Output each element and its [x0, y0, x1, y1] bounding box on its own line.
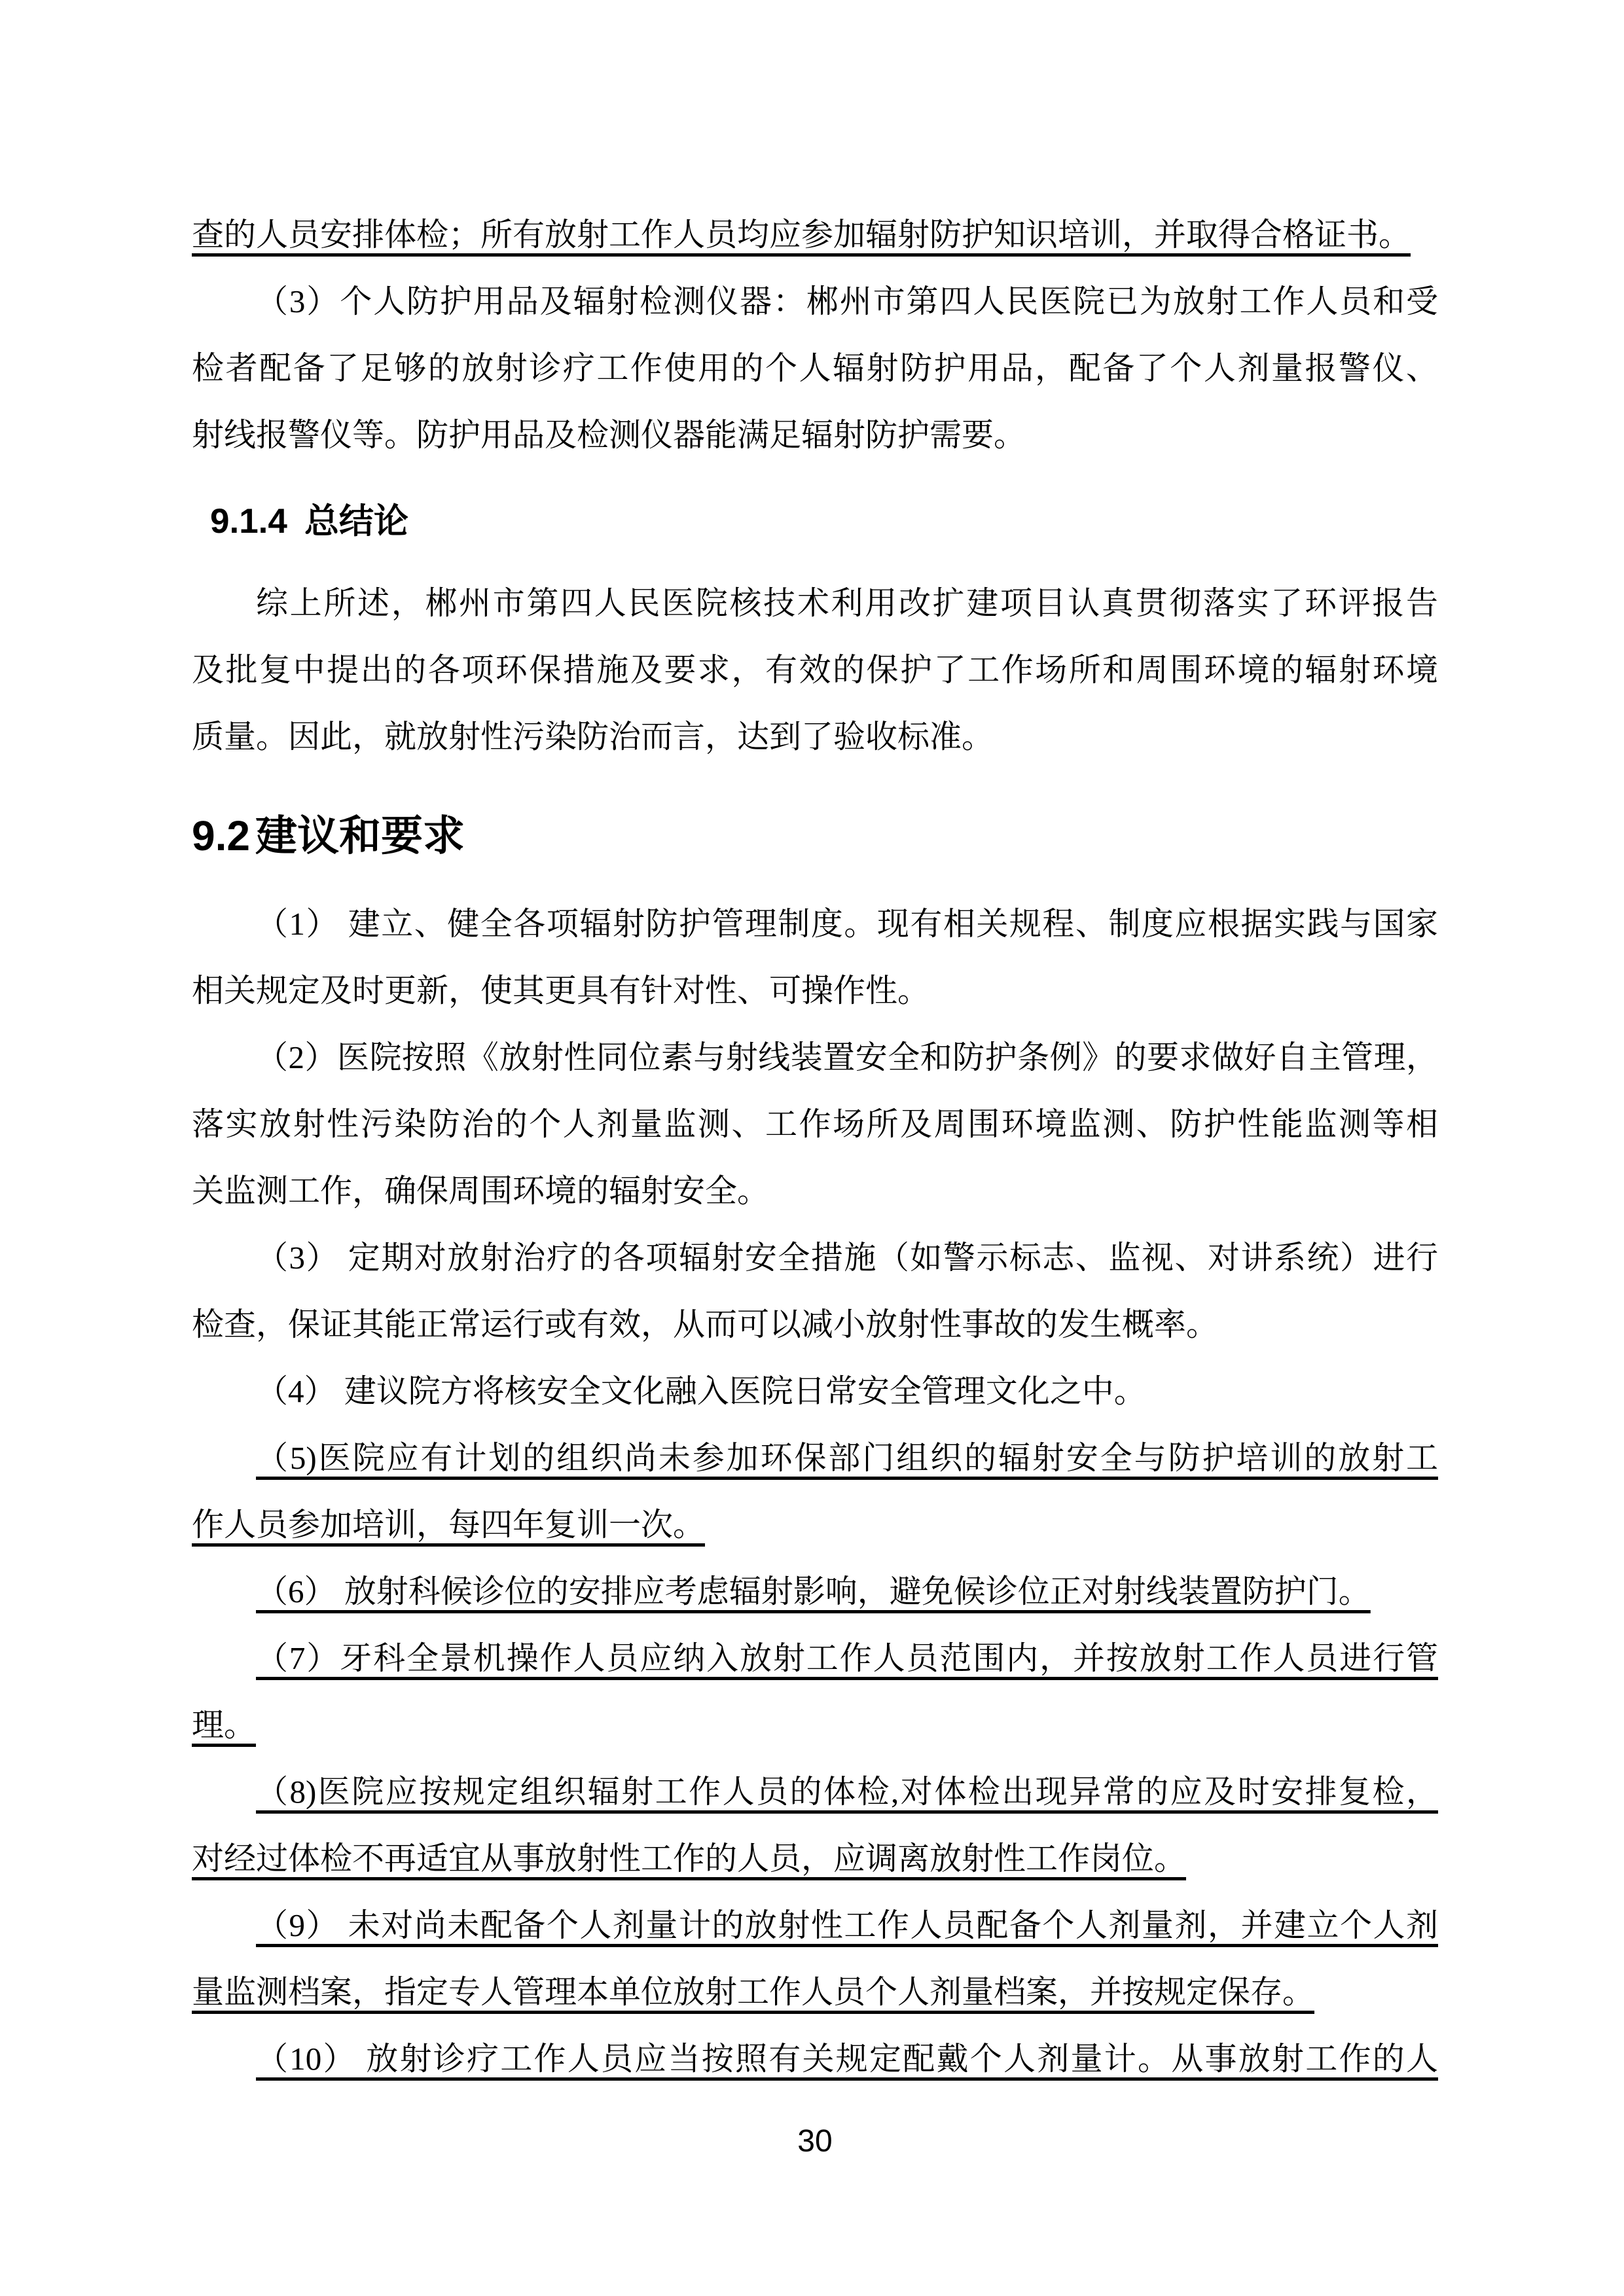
section-title: 建议和要求 — [255, 812, 465, 859]
paragraph-suggestion-8: （8)医院应按规定组织辐射工作人员的体检,对体检出现异常的应及时安排复检， 对经… — [192, 1759, 1438, 1892]
text-line: （6） 放射科候诊位的安排应考虑辐射影响，避免候诊位正对射线装置防护门。 — [192, 1558, 1438, 1625]
text-line: 射线报警仪等。防护用品及检测仪器能满足辐射防护需要。 — [192, 402, 1438, 469]
paragraph-conclusion: 综上所述，郴州市第四人民医院核技术利用改扩建项目认真贯彻落实了环评报告 及批复中… — [192, 570, 1438, 770]
section-heading-914: 9.1.4总结论 — [192, 501, 1438, 542]
paragraph-suggestion-4: （4） 建议院方将核安全文化融入医院日常安全管理文化之中。 — [192, 1358, 1438, 1425]
text-line: 相关规定及时更新，使其更具有针对性、可操作性。 — [192, 958, 1438, 1024]
text-line: 综上所述，郴州市第四人民医院核技术利用改扩建项目认真贯彻落实了环评报告 — [192, 570, 1438, 637]
text-line: （5)医院应有计划的组织尚未参加环保部门组织的辐射安全与防护培训的放射工 — [192, 1425, 1438, 1492]
paragraph-continuation: 查的人员安排体检；所有放射工作人员均应参加辐射防护知识培训，并取得合格证书。 — [192, 202, 1438, 268]
section-number: 9.2 — [192, 812, 250, 860]
paragraph-protective-equipment: （3）个人防护用品及辐射检测仪器：郴州市第四人民医院已为放射工作人员和受 检者配… — [192, 268, 1438, 469]
text-line: （7）牙科全景机操作人员应纳入放射工作人员范围内，并按放射工作人员进行管 — [192, 1625, 1438, 1692]
text-line: 及批复中提出的各项环保措施及要求，有效的保护了工作场所和周围环境的辐射环境 — [192, 637, 1438, 704]
text-line: 量监测档案，指定专人管理本单位放射工作人员个人剂量档案，并按规定保存。 — [192, 1959, 1438, 2026]
text-line: （3）个人防护用品及辐射检测仪器：郴州市第四人民医院已为放射工作人员和受 — [192, 268, 1438, 335]
paragraph-suggestion-9: （9） 未对尚未配备个人剂量计的放射性工作人员配备个人剂量剂，并建立个人剂 量监… — [192, 1892, 1438, 2026]
text-line: 理。 — [192, 1692, 1438, 1759]
paragraph-suggestion-5: （5)医院应有计划的组织尚未参加环保部门组织的辐射安全与防护培训的放射工 作人员… — [192, 1425, 1438, 1558]
text-line: 检者配备了足够的放射诊疗工作使用的个人辐射防护用品，配备了个人剂量报警仪、 — [192, 335, 1438, 402]
section-title: 总结论 — [304, 502, 408, 541]
text-line: 落实放射性污染防治的个人剂量监测、工作场所及周围环境监测、防护性能监测等相 — [192, 1091, 1438, 1158]
paragraph-suggestion-3: （3） 定期对放射治疗的各项辐射安全措施（如警示标志、监视、对讲系统）进行 检查… — [192, 1225, 1438, 1358]
text-line: （3） 定期对放射治疗的各项辐射安全措施（如警示标志、监视、对讲系统）进行 — [192, 1225, 1438, 1291]
text-line: （4） 建议院方将核安全文化融入医院日常安全管理文化之中。 — [192, 1358, 1438, 1425]
text-line: （10） 放射诊疗工作人员应当按照有关规定配戴个人剂量计。从事放射工作的人 — [192, 2026, 1438, 2092]
paragraph-suggestion-2: （2）医院按照《放射性同位素与射线装置安全和防护条例》的要求做好自主管理， 落实… — [192, 1024, 1438, 1225]
paragraph-suggestion-1: （1） 建立、健全各项辐射防护管理制度。现有相关规程、制度应根据实践与国家 相关… — [192, 891, 1438, 1024]
text-line: 检查，保证其能正常运行或有效，从而可以减小放射性事故的发生概率。 — [192, 1291, 1438, 1358]
paragraph-suggestion-10: （10） 放射诊疗工作人员应当按照有关规定配戴个人剂量计。从事放射工作的人 — [192, 2026, 1438, 2092]
text-line: （9） 未对尚未配备个人剂量计的放射性工作人员配备个人剂量剂，并建立个人剂 — [192, 1892, 1438, 1959]
page-number: 30 — [192, 2125, 1438, 2159]
text-line: （1） 建立、健全各项辐射防护管理制度。现有相关规程、制度应根据实践与国家 — [192, 891, 1438, 958]
text-line: 查的人员安排体检；所有放射工作人员均应参加辐射防护知识培训，并取得合格证书。 — [192, 202, 1438, 268]
text-line: （8)医院应按规定组织辐射工作人员的体检,对体检出现异常的应及时安排复检， — [192, 1759, 1438, 1825]
section-heading-92: 9.2建议和要求 — [192, 812, 1438, 860]
text-line: 关监测工作，确保周围环境的辐射安全。 — [192, 1158, 1438, 1225]
text-line: 作人员参加培训，每四年复训一次。 — [192, 1492, 1438, 1558]
paragraph-suggestion-6: （6） 放射科候诊位的安排应考虑辐射影响，避免候诊位正对射线装置防护门。 — [192, 1558, 1438, 1625]
text-line: 质量。因此，就放射性污染防治而言，达到了验收标准。 — [192, 704, 1438, 770]
text-line: 对经过体检不再适宜从事放射性工作的人员，应调离放射性工作岗位。 — [192, 1825, 1438, 1892]
section-number: 9.1.4 — [210, 501, 287, 542]
paragraph-suggestion-7: （7）牙科全景机操作人员应纳入放射工作人员范围内，并按放射工作人员进行管 理。 — [192, 1625, 1438, 1759]
document-page: 查的人员安排体检；所有放射工作人员均应参加辐射防护知识培训，并取得合格证书。 （… — [0, 0, 1624, 2296]
text-line: （2）医院按照《放射性同位素与射线装置安全和防护条例》的要求做好自主管理， — [192, 1024, 1438, 1091]
